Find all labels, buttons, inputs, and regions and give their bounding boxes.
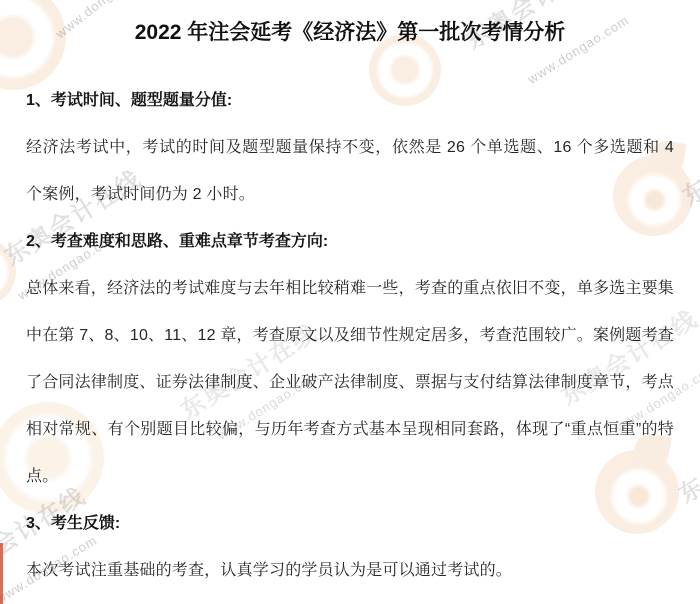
section-3-body: 本次考试注重基础的考查，认真学习的学员认为是可以通过考试的。 bbox=[26, 547, 674, 594]
red-edge-mark bbox=[0, 543, 3, 604]
section-2-heading: 2、考查难度和思路、重难点章节考查方向: bbox=[26, 218, 674, 265]
document-body: 1、考试时间、题型题量分值: 经济法考试中，考试的时间及题型题量保持不变，依然是… bbox=[26, 77, 674, 594]
document-page: www.dongao.com 东奥会计在线 www.dongao.com 东奥会… bbox=[0, 0, 700, 604]
page-title: 2022 年注会延考《经济法》第一批次考情分析 bbox=[0, 0, 700, 66]
watermark-brand-text: 东奥会计在线 bbox=[675, 99, 700, 211]
section-1-heading: 1、考试时间、题型题量分值: bbox=[26, 77, 674, 124]
dongao-ring-logo bbox=[0, 238, 16, 306]
watermark-brand-text: 东奥会计在线 bbox=[671, 397, 700, 509]
section-1-body: 经济法考试中，考试的时间及题型题量保持不变，依然是 26 个单选题、16 个多选… bbox=[26, 124, 674, 218]
section-3-heading: 3、考生反馈: bbox=[26, 500, 674, 547]
section-2-body: 总体来看，经济法的考试难度与去年相比较稍难一些，考查的重点依旧不变，单多选主要集… bbox=[26, 265, 674, 500]
